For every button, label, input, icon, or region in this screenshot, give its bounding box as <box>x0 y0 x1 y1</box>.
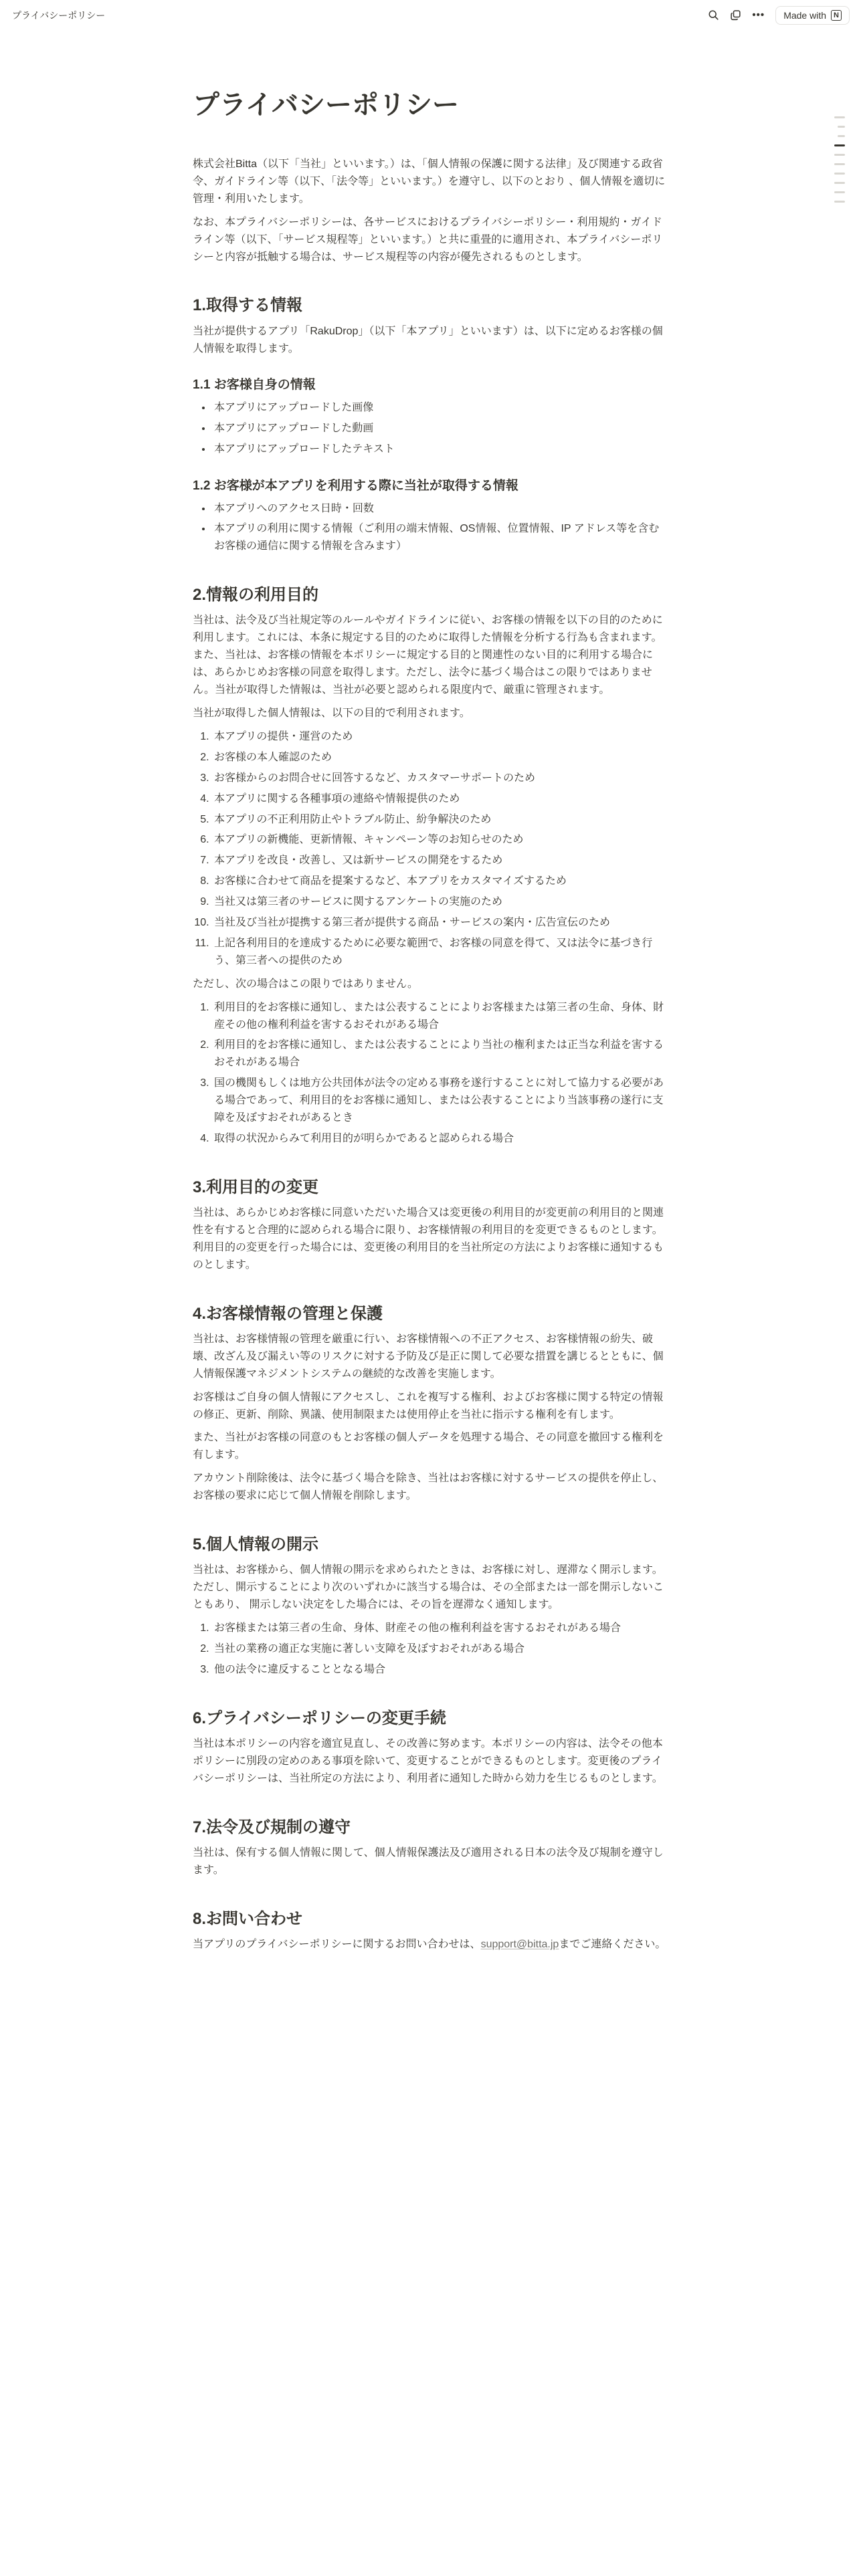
list-item: お客様または第三者の生命、身体、財産その他の権利利益を害するおそれがある場合 <box>212 1620 666 1637</box>
section-heading: 2.情報の利用目的 <box>193 584 666 605</box>
toc-bar[interactable] <box>834 144 845 146</box>
paragraph: 当社が取得した個人情報は、以下の目的で利用されます。 <box>193 705 666 722</box>
paragraph: 株式会社Bitta（以下「当社」といいます。）は、「個人情報の保護に関する法律」… <box>193 156 666 208</box>
list-item: 本アプリの不正利用防止やトラブル防止、紛争解決のため <box>212 811 666 829</box>
list-item: 本アプリの新機能、更新情報、キャンペーン等のお知らせのため <box>212 831 666 849</box>
list-item: 当社の業務の適正な実施に著しい支障を及ぼすおそれがある場合 <box>212 1640 666 1658</box>
toc-bar[interactable] <box>834 154 845 156</box>
toc-bar[interactable] <box>834 201 845 203</box>
list-item: 当社又は第三者のサービスに関するアンケートの実施のため <box>212 893 666 911</box>
section-heading: 1.2 お客様が本アプリを利用する際に当社が取得する情報 <box>193 478 666 495</box>
toc-bar[interactable] <box>838 126 845 128</box>
paragraph: 当社は、あらかじめお客様に同意いただいた場合又は変更後の利用目的が変更前の利用目… <box>193 1204 666 1274</box>
list-item: 利用目的をお客様に通知し、または公表することにより当社の権利または正当な利益を害… <box>212 1037 666 1071</box>
list-item: お客様に合わせて商品を提案するなど、本アプリをカスタマイズするため <box>212 873 666 890</box>
paragraph: 当社は、お客様情報の管理を厳重に行い、お客様情報への不正アクセス、お客様情報の紛… <box>193 1331 666 1383</box>
notion-logo-icon: N <box>831 10 842 21</box>
paragraph: 当社は、お客様から、個人情報の開示を求められたときは、お客様に対し、遅滞なく開示… <box>193 1562 666 1614</box>
list-item: 国の機関もしくは地方公共団体が法令の定める事務を遂行することに対して協力する必要… <box>212 1075 666 1127</box>
list-item: 本アプリにアップロードした動画 <box>212 420 666 437</box>
toc-bar[interactable] <box>834 116 845 118</box>
toc-bar[interactable] <box>834 173 845 175</box>
toc-bar[interactable] <box>834 191 845 193</box>
paragraph: 当社は本ポリシーの内容を適宜見直し、その改善に努めます。本ポリシーの内容は、法令… <box>193 1735 666 1788</box>
list-item: 本アプリに関する各種事項の連絡や情報提供のため <box>212 790 666 808</box>
document-body: プライバシーポリシー 株式会社Bitta（以下「当社」といいます。）は、「個人情… <box>193 30 666 1953</box>
list-item: 他の法令に違反することとなる場合 <box>212 1661 666 1679</box>
topbar-actions: ••• Made with N <box>708 6 850 25</box>
made-with-label: Made with <box>783 10 826 21</box>
list-item: 当社及び当社が提携する第三者が提供する商品・サービスの案内・広告宣伝のため <box>212 914 666 932</box>
toc-bar[interactable] <box>834 182 845 184</box>
list-item: お客様からのお問合せに回答するなど、カスタマーサポートのため <box>212 770 666 787</box>
more-options-icon[interactable]: ••• <box>752 9 765 21</box>
bulleted-list: 本アプリへのアクセス日時・回数本アプリの利用に関する情報（ご利用の端末情報、OS… <box>193 500 666 556</box>
bulleted-list: 本アプリにアップロードした画像本アプリにアップロードした動画本アプリにアップロー… <box>193 399 666 458</box>
paragraph: お客様はご自身の個人情報にアクセスし、これを複写する権利、およびお客様に関する特… <box>193 1389 666 1424</box>
list-item: 本アプリの利用に関する情報（ご利用の端末情報、OS情報、位置情報、IP アドレス… <box>212 520 666 555</box>
numbered-list: 利用目的をお客様に通知し、または公表することによりお客様または第三者の生命、身体… <box>193 999 666 1148</box>
section-heading: 3.利用目的の変更 <box>193 1177 666 1198</box>
paragraph: 当社は、保有する個人情報に関して、個人情報保護法及び適用される日本の法令及び規制… <box>193 1844 666 1879</box>
list-item: 取得の状況からみて利用目的が明らかであると認められる場合 <box>212 1130 666 1148</box>
section-heading: 8.お問い合わせ <box>193 1909 666 1929</box>
paragraph: ただし、次の場合はこの限りではありません。 <box>193 976 666 993</box>
list-item: 本アプリにアップロードした画像 <box>212 399 666 417</box>
list-item: 本アプリを改良・改善し、又は新サービスの開発をするため <box>212 852 666 869</box>
paragraph: 当社は、法令及び当社規定等のルールやガイドラインに従い、お客様の情報を以下の目的… <box>193 612 666 699</box>
numbered-list: 本アプリの提供・運営のためお客様の本人確認のためお客様からのお問合せに回答するな… <box>193 728 666 970</box>
duplicate-icon[interactable] <box>730 9 741 21</box>
search-icon[interactable] <box>708 9 719 21</box>
list-item: 本アプリにアップロードしたテキスト <box>212 441 666 458</box>
paragraph: アカウント削除後は、法令に基づく場合を除き、当社はお客様に対するサービスの提供を… <box>193 1470 666 1505</box>
toc-bar[interactable] <box>834 163 845 165</box>
section-heading: 4.お客様情報の管理と保護 <box>193 1303 666 1324</box>
list-item: お客様の本人確認のため <box>212 749 666 766</box>
list-item: 本アプリへのアクセス日時・回数 <box>212 500 666 518</box>
contact-email-link[interactable]: support@bitta.jp <box>481 1939 559 1950</box>
section-heading: 6.プライバシーポリシーの変更手続 <box>193 1708 666 1729</box>
numbered-list: お客様または第三者の生命、身体、財産その他の権利利益を害するおそれがある場合当社… <box>193 1620 666 1679</box>
topbar-page-title[interactable]: プライバシーポリシー <box>12 9 105 22</box>
made-with-notion-button[interactable]: Made with N <box>775 6 850 25</box>
paragraph: なお、本プライバシーポリシーは、各サービスにおけるプライバシーポリシー・利用規約… <box>193 214 666 266</box>
toc-bar[interactable] <box>838 135 845 137</box>
section-heading: 1.取得する情報 <box>193 295 666 316</box>
list-item: 利用目的をお客様に通知し、または公表することによりお客様または第三者の生命、身体… <box>212 999 666 1034</box>
list-item: 本アプリの提供・運営のため <box>212 728 666 746</box>
paragraph: 当社が提供するアプリ「RakuDrop」（以下「本アプリ」といいます）は、以下に… <box>193 323 666 358</box>
list-item: 上記各利用目的を達成するために必要な範囲で、お客様の同意を得て、又は法令に基づき… <box>212 935 666 970</box>
contact-paragraph: 当アプリのプライバシーポリシーに関するお問い合わせは、support@bitta… <box>193 1936 666 1953</box>
page-title: プライバシーポリシー <box>193 89 666 121</box>
section-heading: 7.法令及び規制の遵守 <box>193 1817 666 1838</box>
document-content: 株式会社Bitta（以下「当社」といいます。）は、「個人情報の保護に関する法律」… <box>193 156 666 1953</box>
paragraph: また、当社がお客様の同意のもとお客様の個人データを処理する場合、その同意を撤回す… <box>193 1429 666 1464</box>
section-heading: 5.個人情報の開示 <box>193 1534 666 1555</box>
section-heading: 1.1 お客様自身の情報 <box>193 377 666 394</box>
topbar: プライバシーポリシー ••• Made with N <box>0 0 859 30</box>
toc-indicator <box>834 116 845 203</box>
